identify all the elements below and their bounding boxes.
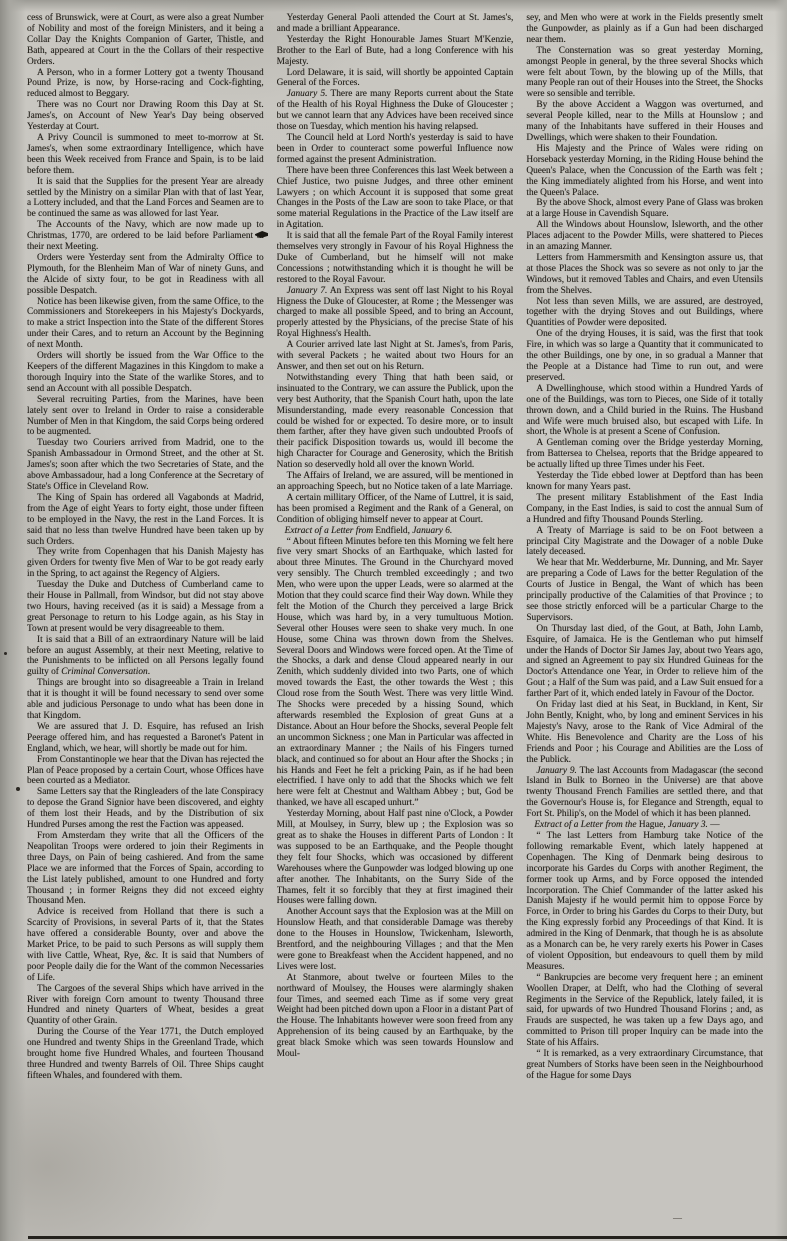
italic-text: January 5. xyxy=(287,89,328,99)
news-paragraph: On Thursday last died, of the Gout, at B… xyxy=(526,624,763,700)
news-paragraph: Orders will shortly be issued from the W… xyxy=(27,351,264,395)
news-paragraph: January 9. The last Accounts from Madaga… xyxy=(526,766,763,821)
column-1: cess of Brunswick, were at Court, as wer… xyxy=(27,13,264,1213)
scan-edge-top xyxy=(0,0,787,12)
italic-text: Criminal Conversation xyxy=(61,667,147,677)
news-paragraph: At Stanmore, about twelve or fourteen Mi… xyxy=(277,973,514,1060)
news-paragraph: Not less than seven Mills, we are assure… xyxy=(526,297,763,330)
news-paragraph: It is said that all the female Part of t… xyxy=(277,231,514,286)
newspaper-page: { "footer": { "mark": "—" }, "colors": {… xyxy=(0,0,787,1241)
news-paragraph: From Amsterdam they write that all the O… xyxy=(27,831,264,907)
printers-dash: — xyxy=(648,1213,708,1223)
news-paragraph: One of the drying Houses, it is said, wa… xyxy=(526,329,763,384)
news-paragraph: By the above Accident a Waggon was overt… xyxy=(526,100,763,144)
news-paragraph: Advice is received from Holland that the… xyxy=(27,907,264,983)
news-paragraph: Yesterday Morning, about Half past nine … xyxy=(277,809,514,907)
news-paragraph: There was no Court nor Drawing Room this… xyxy=(27,100,264,133)
news-paragraph: The Consternation was so great yesterday… xyxy=(526,46,763,101)
news-paragraph: A Person, who in a former Lottery got a … xyxy=(27,68,264,101)
news-paragraph: On Friday last died at his Seat, in Buck… xyxy=(526,700,763,765)
news-paragraph: There have been three Conferences this l… xyxy=(277,166,514,231)
news-paragraph: All the Windows about Hounslow, Islewort… xyxy=(526,220,763,253)
italic-text: January 7. xyxy=(287,286,328,296)
column-3: sey, and Men who were at work in the Fie… xyxy=(526,13,763,1213)
italic-text: January 9. xyxy=(536,766,577,776)
ink-speck xyxy=(4,652,7,655)
news-paragraph: Letters from Hammersmith and Kensington … xyxy=(526,253,763,297)
news-paragraph: We are assured that J. D. Esquire, has r… xyxy=(27,722,264,755)
news-paragraph: Yesterday the Tide ebbed lower at Deptfo… xyxy=(526,471,763,493)
news-paragraph: Same Letters say that the Ringleaders of… xyxy=(27,787,264,831)
news-paragraph: Tuesday two Couriers arrived from Madrid… xyxy=(27,438,264,493)
news-paragraph: Several recruiting Parties, from the Mar… xyxy=(27,395,264,439)
news-paragraph: A Treaty of Marriage is said to be on Fo… xyxy=(526,526,763,559)
column-container: cess of Brunswick, were at Court, as wer… xyxy=(27,13,763,1213)
scan-edge-right xyxy=(775,0,787,1241)
page-bottom-rule xyxy=(28,1236,787,1239)
news-paragraph: Lord Delaware, it is said, will shortly … xyxy=(277,68,514,90)
italic-text: January 6. xyxy=(412,526,452,536)
news-paragraph: January 7. An Express was sent off last … xyxy=(277,286,514,341)
news-paragraph: cess of Brunswick, were at Court, as wer… xyxy=(27,13,264,68)
news-paragraph: A Privy Council is summoned to meet to-m… xyxy=(27,133,264,177)
news-paragraph: The Council held at Lord North's yesterd… xyxy=(277,133,514,166)
news-paragraph: Yesterday General Paoli attended the Cou… xyxy=(277,13,514,35)
news-paragraph: The Affairs of Ireland, we are assured, … xyxy=(277,471,514,493)
italic-text: January 3. xyxy=(668,820,708,830)
news-paragraph: “ Bankrupcies are become very frequent h… xyxy=(526,973,763,1049)
news-paragraph: By the above Shock, almost every Pane of… xyxy=(526,198,763,220)
news-paragraph: It is said that a Bill of an extraordina… xyxy=(27,635,264,679)
news-paragraph: Yesterday the Right Honourable James Stu… xyxy=(277,35,514,68)
news-paragraph: Notice has been likewise given, from the… xyxy=(27,297,264,352)
news-paragraph: “ The last Letters from Hamburg take Not… xyxy=(526,831,763,973)
news-paragraph: They write from Copenhagen that his Dani… xyxy=(27,547,264,580)
news-paragraph: A Courier arrived late last Night at St.… xyxy=(277,340,514,373)
news-paragraph: Another Account says that the Explosion … xyxy=(277,907,514,972)
news-paragraph: A certain millitary Officer, of the Name… xyxy=(277,493,514,526)
extract-letter-heading: Extract of a Letter from the Hague, Janu… xyxy=(526,820,763,831)
news-paragraph: Tuesday the Duke and Dutchess of Cumberl… xyxy=(27,580,264,635)
news-paragraph: “ It is remarked, as a very extraordinar… xyxy=(526,1049,763,1082)
column-2: Yesterday General Paoli attended the Cou… xyxy=(277,13,514,1213)
news-paragraph: It is said that the Supplies for the pre… xyxy=(27,177,264,221)
news-paragraph: The King of Spain has ordered all Vagabo… xyxy=(27,493,264,548)
news-paragraph: sey, and Men who were at work in the Fie… xyxy=(526,13,763,46)
news-paragraph: Things are brought into so disagreeable … xyxy=(27,678,264,722)
news-paragraph: His Majesty and the Prince of Wales were… xyxy=(526,144,763,199)
ink-speck xyxy=(16,787,20,791)
italic-text: Extract of a Letter from xyxy=(285,526,373,536)
news-paragraph: The Cargoes of the several Ships which h… xyxy=(27,984,264,1028)
italic-text: Extract of a Letter from the xyxy=(534,820,636,830)
extract-letter-heading: Extract of a Letter from Endfield, Janua… xyxy=(277,526,514,537)
news-paragraph: A Dwellinghouse, which stood within a Hu… xyxy=(526,384,763,439)
news-paragraph: The present military Establishment of th… xyxy=(526,493,763,526)
news-paragraph: A Gentleman coming over the Bridge yeste… xyxy=(526,438,763,471)
news-paragraph: “ About fifteen Minutes before ten this … xyxy=(277,537,514,810)
news-paragraph: January 5. There are many Reports curren… xyxy=(277,89,514,133)
news-paragraph: Notwithstanding every Thing that hath be… xyxy=(277,373,514,471)
scan-edge-left xyxy=(0,0,26,1241)
news-paragraph: The Accounts of the Navy, which are now … xyxy=(27,220,264,253)
news-paragraph: Orders were Yesterday sent from the Admi… xyxy=(27,253,264,297)
news-paragraph: During the Course of the Year 1771, the … xyxy=(27,1027,264,1082)
news-paragraph: We hear that Mr. Wedderburne, Mr. Dunnin… xyxy=(526,558,763,623)
news-paragraph: From Constantinople we hear that the Div… xyxy=(27,755,264,788)
